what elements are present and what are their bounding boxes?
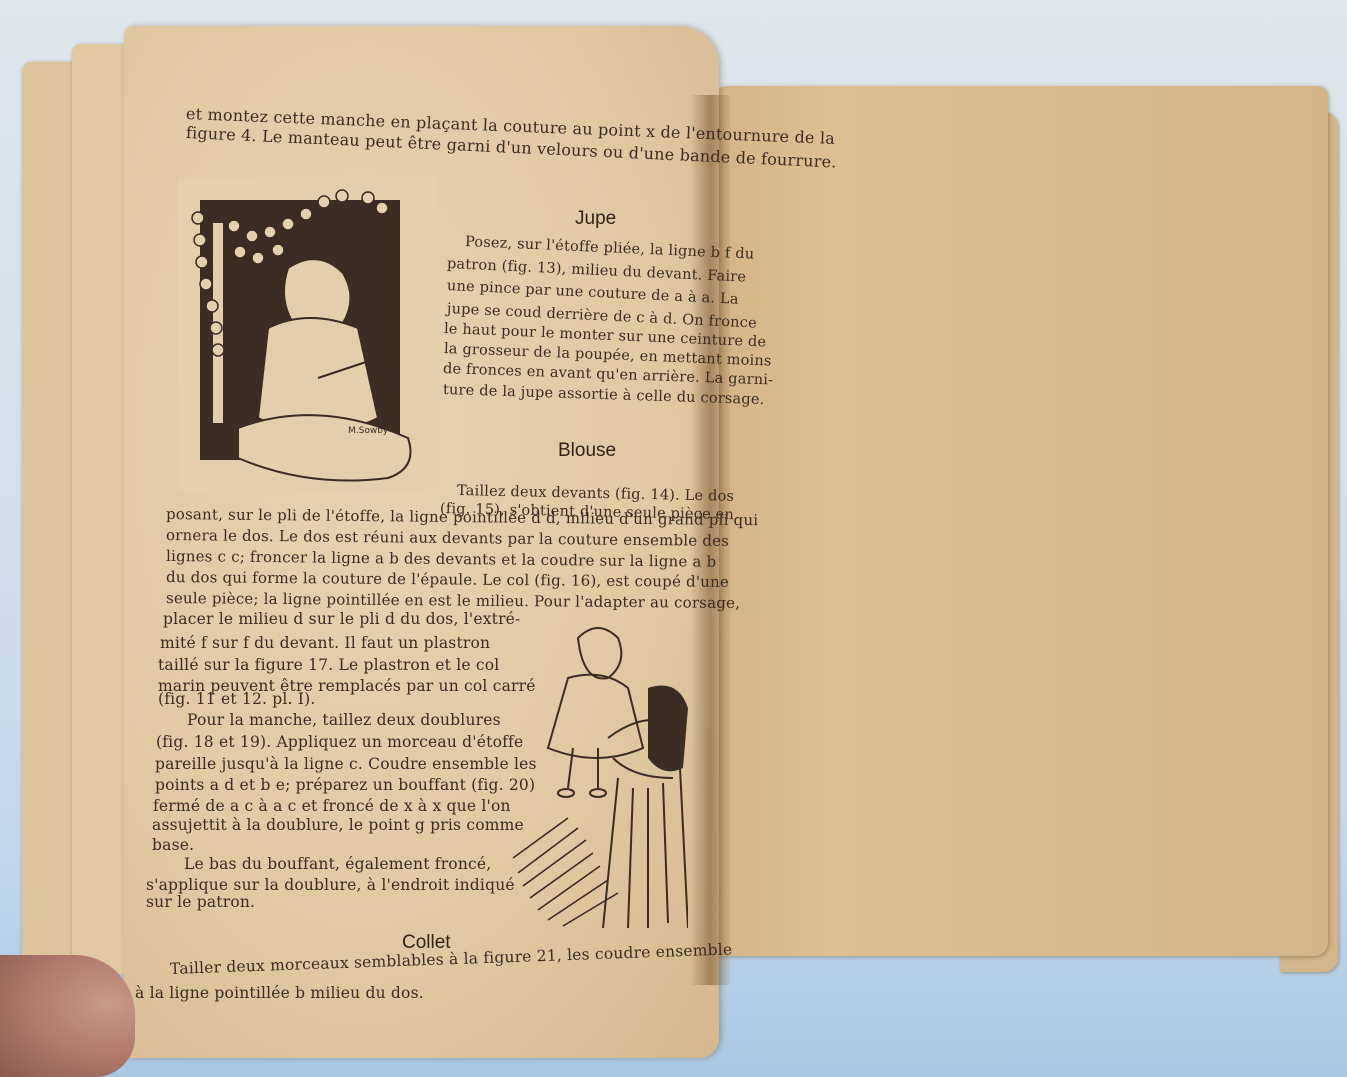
text-line: placer le milieu d sur le pli d du dos, … bbox=[163, 610, 521, 628]
section-heading-blouse: Blouse bbox=[558, 440, 616, 462]
text-line: fermé de a c à a c et froncé de x à x qu… bbox=[153, 797, 511, 815]
text-line: (fig. 18 et 19). Appliquez un morceau d'… bbox=[156, 733, 523, 751]
illustration-girl-sewing: M.Sowby bbox=[178, 178, 436, 492]
text-line: mité f sur f du devant. Il faut un plast… bbox=[160, 634, 490, 652]
text-line: sur le patron. bbox=[146, 893, 255, 911]
text-line: (fig. 11 et 12. pl. I). bbox=[158, 690, 316, 708]
girl-sewing-drawing-icon: M.Sowby bbox=[178, 178, 436, 492]
thumb bbox=[0, 955, 135, 1077]
text-line: Le bas du bouffant, également froncé, bbox=[184, 855, 491, 873]
text-line: pareille jusqu'à la ligne c. Coudre ense… bbox=[155, 755, 537, 773]
text-line: assujettit à la doublure, le point g pri… bbox=[152, 816, 524, 834]
text-line: Pour la manche, taillez deux doublures bbox=[187, 711, 501, 729]
text-line: à la ligne pointillée b milieu du dos. bbox=[135, 984, 424, 1002]
illustration-girl-with-doll bbox=[508, 618, 688, 930]
section-heading-jupe: Jupe bbox=[575, 208, 616, 230]
text-line: s'applique sur la doublure, à l'endroit … bbox=[146, 876, 515, 894]
text-line: base. bbox=[152, 836, 194, 854]
right-page-blank bbox=[700, 86, 1328, 956]
girl-with-doll-drawing-icon bbox=[508, 618, 688, 930]
svg-text:M.Sowby: M.Sowby bbox=[348, 426, 389, 436]
text-line: points a d et b e; préparez un bouffant … bbox=[155, 776, 535, 794]
text-line: taillé sur la figure 17. Le plastron et … bbox=[158, 656, 499, 674]
